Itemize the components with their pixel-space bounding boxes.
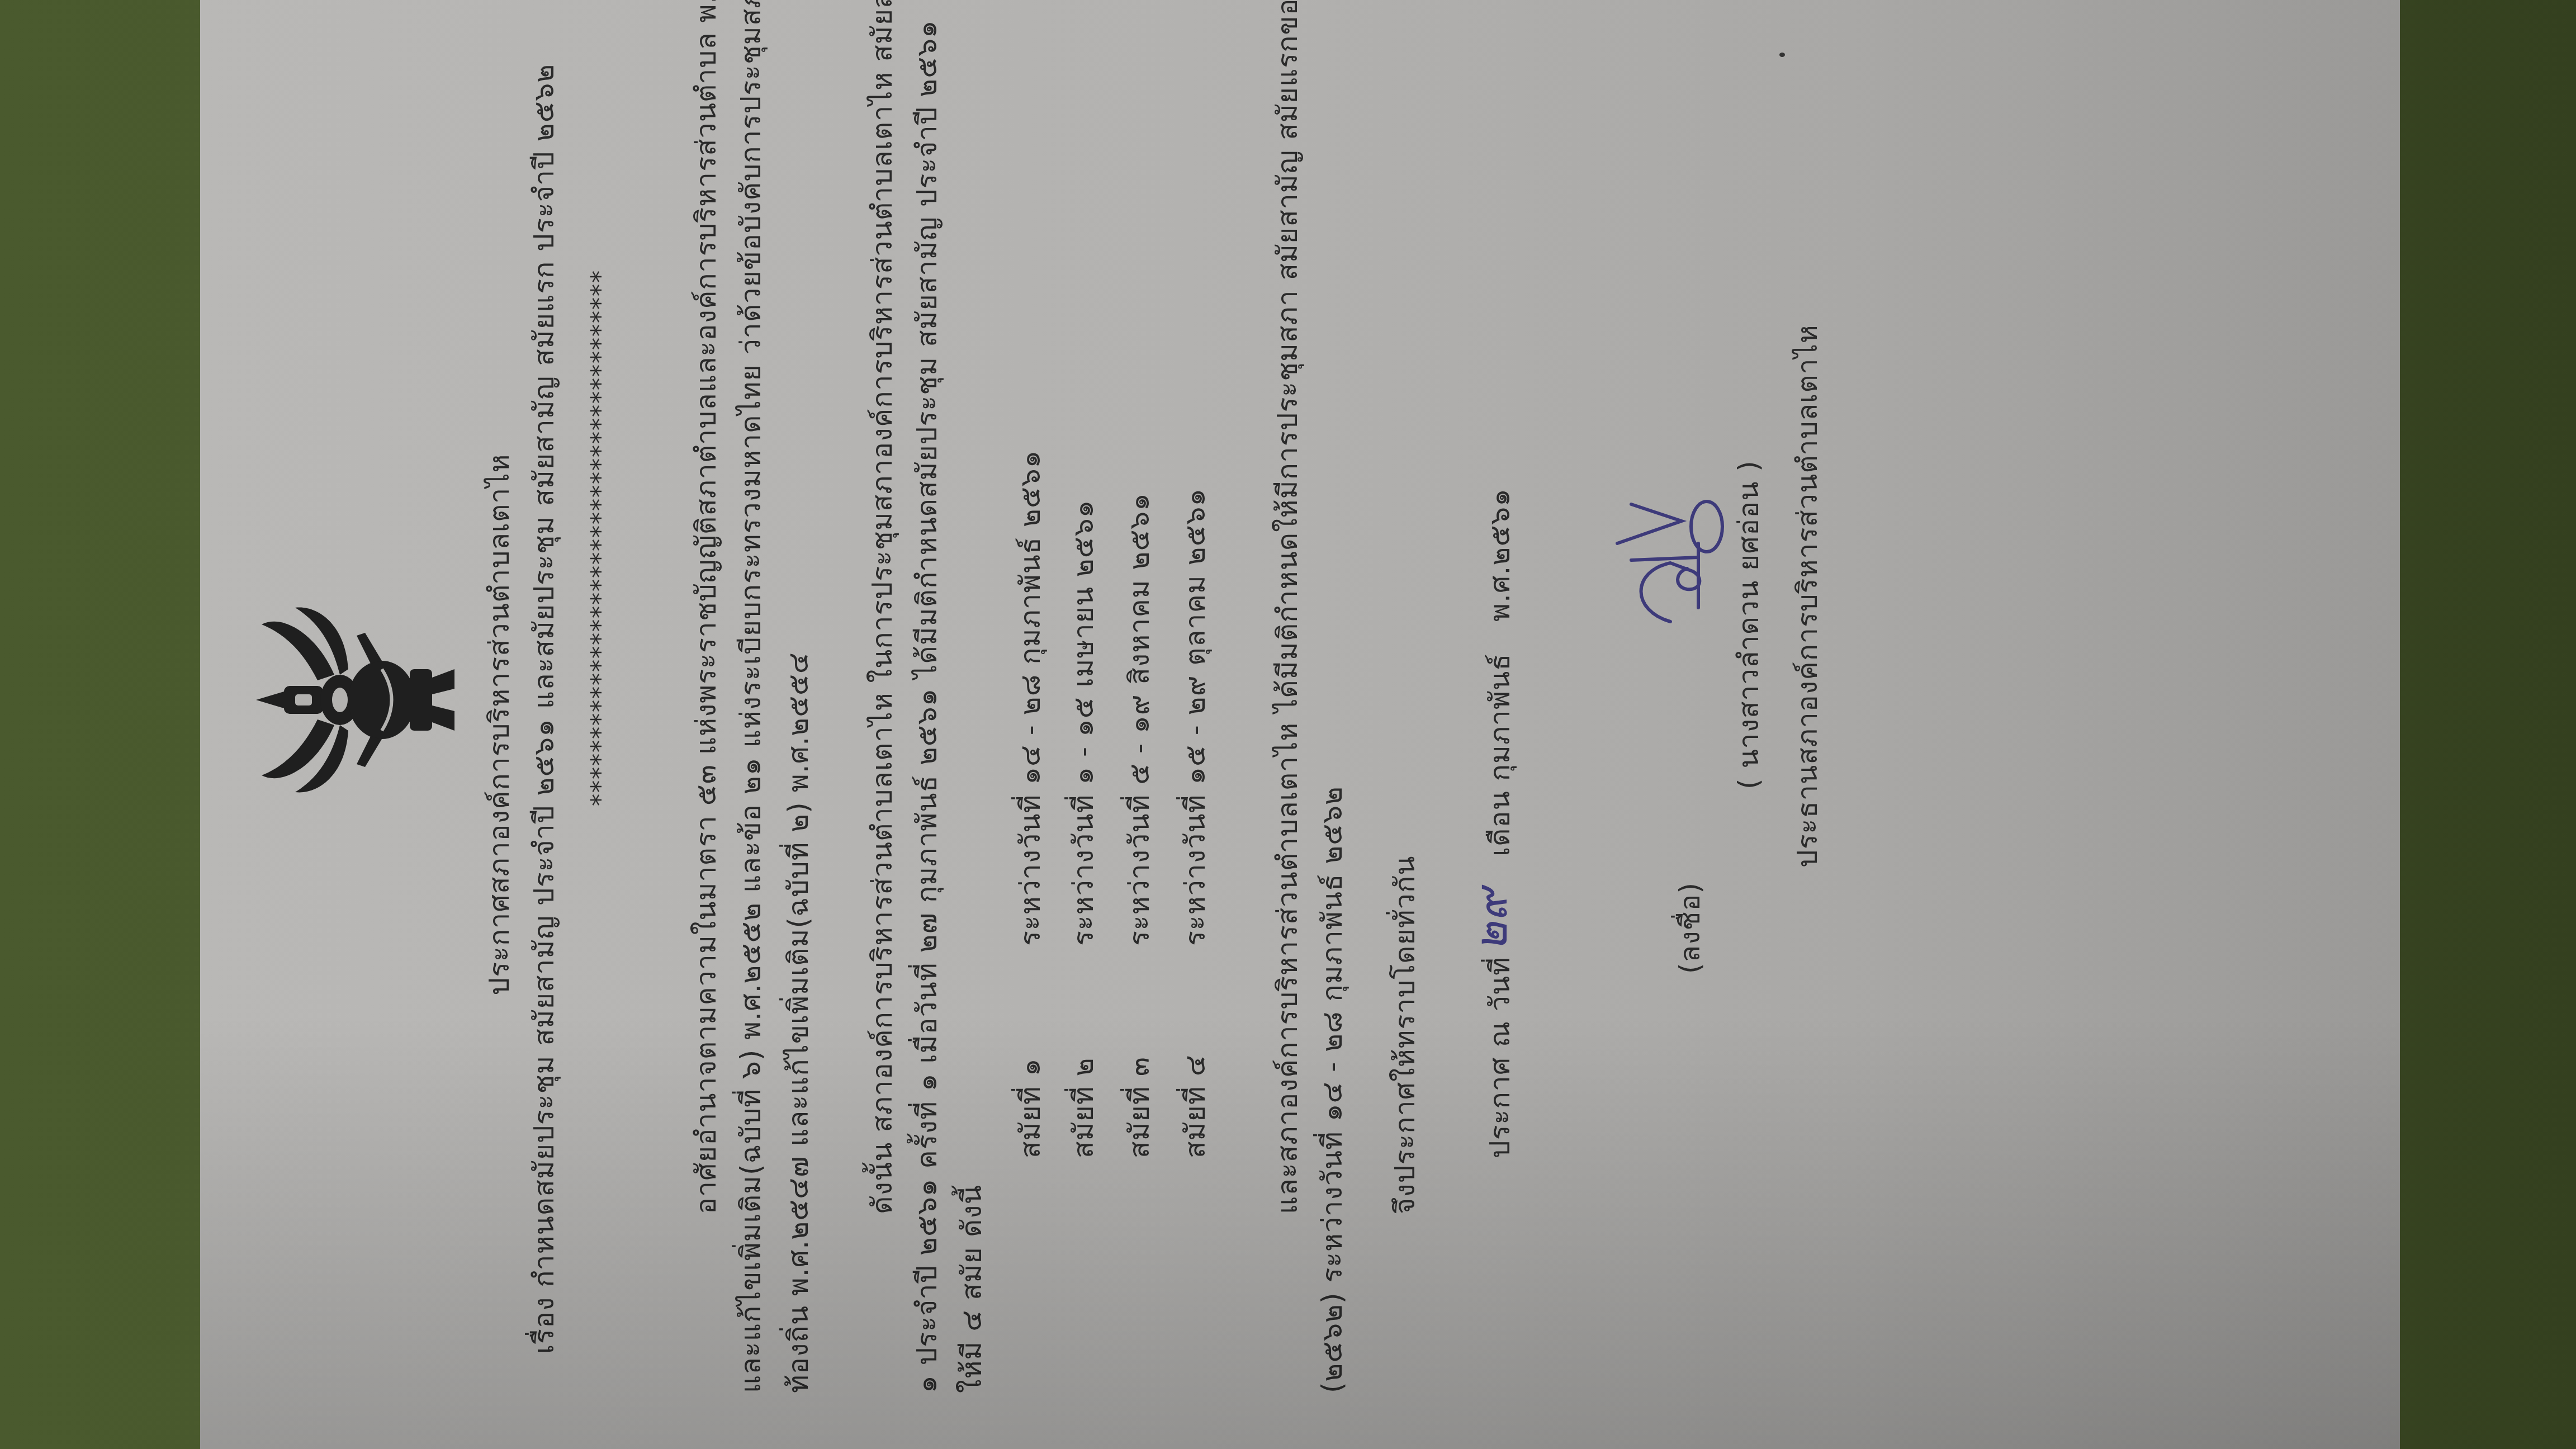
paragraph2-line3: ให้มี ๔ สมัย ดังนี้ xyxy=(958,1185,986,1393)
document-subject: เรื่อง กำหนดสมัยประชุม สมัยสามัญ ประจำปี… xyxy=(530,64,558,1354)
paper-sheet: ประกาศสภาองค์การบริหารส่วนตำบลเตาไห เรื่… xyxy=(200,0,2400,1449)
paragraph2-line1: ดังนั้น สภาองค์การบริหารส่วนตำบลเตาไห ใน… xyxy=(868,0,896,1214)
date-prefix: ประกาศ ณ วันที่ xyxy=(1486,956,1514,1158)
signatory-position: ประธานสภาองค์การบริหารส่วนตำบลเตาไห xyxy=(1793,324,1821,868)
signed-label: (ลงชื่อ) xyxy=(1676,882,1704,974)
session-1-label: สมัยที่ ๑ xyxy=(1016,1058,1044,1158)
session-4-range: ระหว่างวันที่ ๑๕ - ๒๙ ตุลาคม ๒๕๖๑ xyxy=(1181,488,1209,946)
divider-asterisks: **************************************** xyxy=(589,269,613,806)
signatory-name: ( นางสาวลำดวน ยศอ่อน ) xyxy=(1735,460,1763,789)
paper-speck xyxy=(1779,53,1785,57)
paragraph1-line3: ท้องถิ่น พ.ศ.๒๕๔๗ และแก้ไขเพิ่มเติม(ฉบับ… xyxy=(784,652,812,1393)
session-2-range: ระหว่างวันที่ ๑ - ๑๕ เมษายน ๒๕๖๑ xyxy=(1069,500,1097,946)
signature-scribble-icon xyxy=(1609,487,1732,655)
paragraph3-line2: (๒๕๖๒) ระหว่างวันที่ ๑๔ - ๒๘ กุมภาพันธ์ … xyxy=(1318,786,1346,1393)
session-2-label: สมัยที่ ๒ xyxy=(1069,1057,1097,1158)
session-4-label: สมัยที่ ๔ xyxy=(1181,1055,1209,1158)
announcement-document: ประกาศสภาองค์การบริหารส่วนตำบลเตาไห เรื่… xyxy=(200,0,2400,1449)
date-year: พ.ศ.๒๕๖๑ xyxy=(1486,488,1514,622)
date-month: เดือน กุมภาพันธ์ xyxy=(1486,653,1514,856)
handwritten-day: ๒๙ xyxy=(1469,888,1514,951)
paragraph1-line1: อาศัยอำนาจตามความในมาตรา ๕๓ แห่งพระราชบั… xyxy=(692,0,720,1214)
paragraph2-line2: ๑ ประจำปี ๒๕๖๑ ครั้งที่ ๑ เมื่อวันที่ ๒๗… xyxy=(913,20,941,1393)
session-3-label: สมัยที่ ๓ xyxy=(1125,1057,1153,1158)
session-1-range: ระหว่างวันที่ ๑๔ - ๒๘ กุมภาพันธ์ ๒๕๖๑ xyxy=(1016,450,1044,946)
closing-statement: จึงประกาศให้ทราบโดยทั่วกัน xyxy=(1391,856,1419,1214)
session-3-range: ระหว่างวันที่ ๕ - ๑๙ สิงหาคม ๒๕๖๑ xyxy=(1125,493,1153,946)
garuda-emblem-icon xyxy=(250,602,457,798)
document-title: ประกาศสภาองค์การบริหารส่วนตำบลเตาไห xyxy=(485,0,513,1449)
paragraph1-line2: และแก้ไขเพิ่มเติม(ฉบับที่ ๖) พ.ศ.๒๕๕๒ แล… xyxy=(737,0,765,1393)
paragraph3-line1: และสภาองค์การบริหารส่วนตำบลเตาไห ได้มีมต… xyxy=(1273,0,1301,1214)
